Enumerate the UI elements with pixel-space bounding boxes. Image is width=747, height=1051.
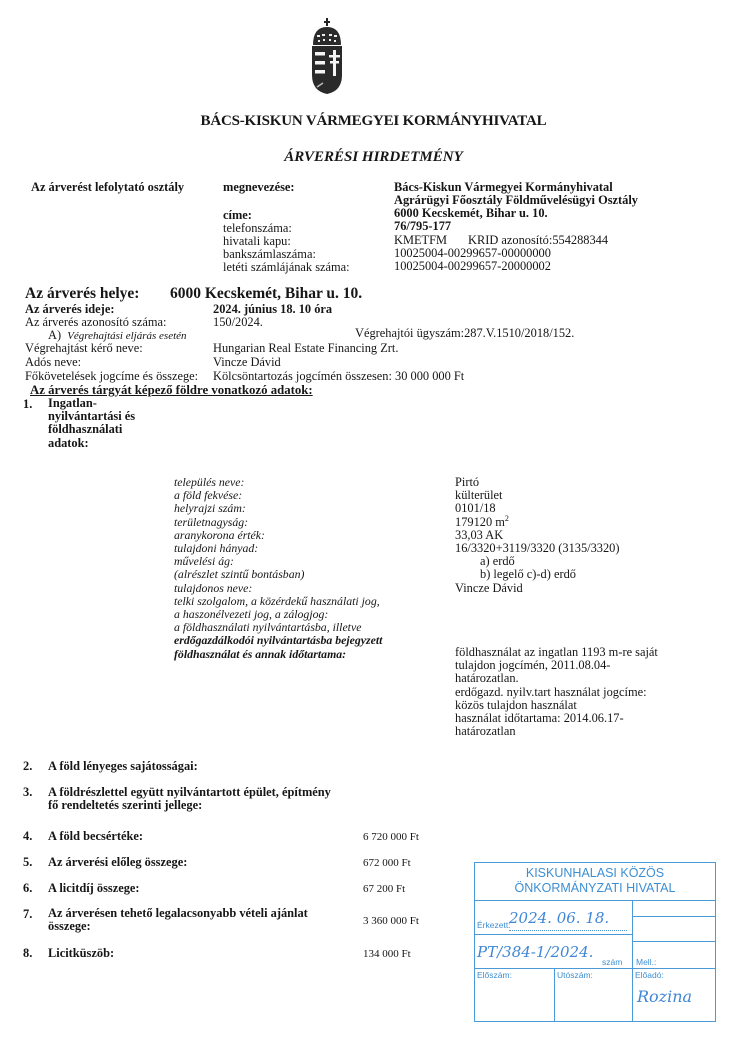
stamp-divider bbox=[632, 941, 715, 942]
value-land-use: földhasználat az ingatlan 1193 m-re sajá… bbox=[455, 646, 658, 738]
auction-id-value: 150/2024. bbox=[213, 315, 263, 330]
section-2-label: A föld lényeges sajátosságai: bbox=[48, 759, 198, 774]
stamp-divider bbox=[632, 900, 633, 1021]
hungarian-coat-of-arms-icon bbox=[309, 17, 345, 95]
section-4-number: 4. bbox=[23, 829, 32, 844]
stamp-received-date: 2024. 06. 18. bbox=[509, 909, 609, 927]
department-section-label: Az árverést lefolytató osztály bbox=[31, 180, 184, 195]
dept-deposit-label: letéti számlájának száma: bbox=[223, 260, 350, 275]
land-use-line: erdőgazd. nyilv.tart használat jogcíme: bbox=[455, 686, 658, 699]
stamp-officer-signature: Rozina bbox=[637, 987, 692, 1006]
stamp-received-label: Érkezett: bbox=[477, 920, 511, 930]
value-area: 179120 m2 bbox=[455, 516, 620, 529]
section-3-label: A földrészlettel együtt nyilvántartott é… bbox=[48, 786, 331, 812]
label-owner: tulajdonos neve: bbox=[174, 582, 382, 595]
label-area: területnagyság: bbox=[174, 516, 382, 529]
section-6-label: A licitdíj összege: bbox=[48, 881, 140, 896]
value-area-unit-exponent: 2 bbox=[505, 513, 509, 522]
label-forestry-registry: erdőgazdálkodói nyilvántartásba bejegyze… bbox=[174, 634, 382, 647]
label-parcel: helyrajzi szám: bbox=[174, 502, 382, 515]
land-labels: település neve: a föld fekvése: helyrajz… bbox=[174, 476, 382, 661]
stamp-divider bbox=[475, 934, 632, 935]
stamp-officer-label: Előadó: bbox=[635, 970, 664, 980]
stamp-file-number: PT/384-1/2024. bbox=[477, 943, 593, 961]
section-8-value: 134 000 Ft bbox=[363, 948, 411, 960]
section-7-label-line: összege: bbox=[48, 920, 308, 933]
requester-value: Hungarian Real Estate Financing Zrt. bbox=[213, 341, 398, 356]
dept-deposit-value: 10025004-00299657-20000002 bbox=[394, 259, 551, 274]
auction-place-value: 6000 Kecskemét, Bihar u. 10. bbox=[170, 285, 362, 303]
section-5-label: Az árverési előleg összege: bbox=[48, 855, 187, 870]
section-8-label: Licitküszöb: bbox=[48, 946, 114, 961]
value-area-number: 179120 m bbox=[455, 515, 505, 529]
claims-label: Főkövetelések jogcíme és összege: bbox=[25, 369, 198, 384]
section-1-title-line: földhasználati bbox=[48, 423, 135, 436]
auction-place-label: Az árverés helye: bbox=[25, 285, 139, 303]
stamp-number-suffix: szám bbox=[602, 957, 622, 967]
stamp-title: KISKUNHALASI KÖZÖS ÖNKORMÁNYZATI HIVATAL bbox=[475, 866, 715, 896]
section-1-number: 1. bbox=[23, 397, 32, 412]
dept-phone-value: 76/795-177 bbox=[394, 219, 451, 234]
requester-label: Végrehajtást kérő neve: bbox=[25, 341, 143, 356]
section-4-value: 6 720 000 Ft bbox=[363, 831, 419, 843]
section-6-value: 67 200 Ft bbox=[363, 883, 405, 895]
label-cultivation-detail: (alrészlet szintű bontásban) bbox=[174, 568, 382, 581]
debtor-value: Vincze Dávid bbox=[213, 355, 281, 370]
stamp-prev-number-label: Előszám: bbox=[477, 970, 512, 980]
registry-stamp: KISKUNHALASI KÖZÖS ÖNKORMÁNYZATI HIVATAL… bbox=[474, 862, 716, 1022]
stamp-next-number-label: Utószám: bbox=[557, 970, 593, 980]
stamp-dotted-line bbox=[509, 930, 627, 931]
section-7-number: 7. bbox=[23, 907, 32, 922]
section-7-label: Az árverésen tehető legalacsonyabb vétel… bbox=[48, 907, 308, 933]
section-3-label-line: fő rendeltetés szerinti jellege: bbox=[48, 799, 331, 812]
section-5-number: 5. bbox=[23, 855, 32, 870]
stamp-title-line: KISKUNHALASI KÖZÖS bbox=[475, 866, 715, 881]
value-cultivation-b: b) legelő c)-d) erdő bbox=[455, 568, 620, 581]
dept-name-label: megnevezése: bbox=[223, 180, 295, 195]
land-use-line: határozatlan bbox=[455, 725, 658, 738]
section-1-title: Ingatlan- nyilvántartási és földhasznála… bbox=[48, 397, 135, 450]
section-7-value: 3 360 000 Ft bbox=[363, 915, 419, 927]
organization-title: BÁCS-KISKUN VÁRMEGYEI KORMÁNYHIVATAL bbox=[0, 113, 747, 130]
stamp-attachment-label: Mell.: bbox=[636, 957, 656, 967]
land-use-line: határozatlan. bbox=[455, 672, 658, 685]
section-5-value: 672 000 Ft bbox=[363, 857, 411, 869]
label-land-use-duration: földhasználat és annak időtartama: bbox=[174, 648, 382, 661]
value-owner: Vincze Dávid bbox=[455, 582, 620, 595]
section-8-number: 8. bbox=[23, 946, 32, 961]
section-6-number: 6. bbox=[23, 881, 32, 896]
section-1-title-line: adatok: bbox=[48, 437, 135, 450]
stamp-divider bbox=[475, 968, 715, 969]
stamp-divider bbox=[554, 968, 555, 1021]
debtor-label: Adós neve: bbox=[25, 355, 81, 370]
section-3-number: 3. bbox=[23, 785, 32, 800]
claims-value: Kölcsöntartozás jogcímén összesen: 30 00… bbox=[213, 369, 464, 384]
document-title: ÁRVERÉSI HIRDETMÉNY bbox=[0, 149, 747, 166]
stamp-divider bbox=[632, 916, 715, 917]
stamp-divider bbox=[475, 900, 715, 901]
section-2-number: 2. bbox=[23, 759, 32, 774]
stamp-title-line: ÖNKORMÁNYZATI HIVATAL bbox=[475, 881, 715, 896]
section-4-label: A föld becsértéke: bbox=[48, 829, 143, 844]
enforcement-heading-prefix: A) bbox=[48, 328, 61, 342]
enforcement-case-number: Végrehajtói ügyszám:287.V.1510/2018/152. bbox=[355, 326, 574, 341]
land-values: Pirtó külterület 0101/18 179120 m2 33,03… bbox=[455, 476, 620, 595]
